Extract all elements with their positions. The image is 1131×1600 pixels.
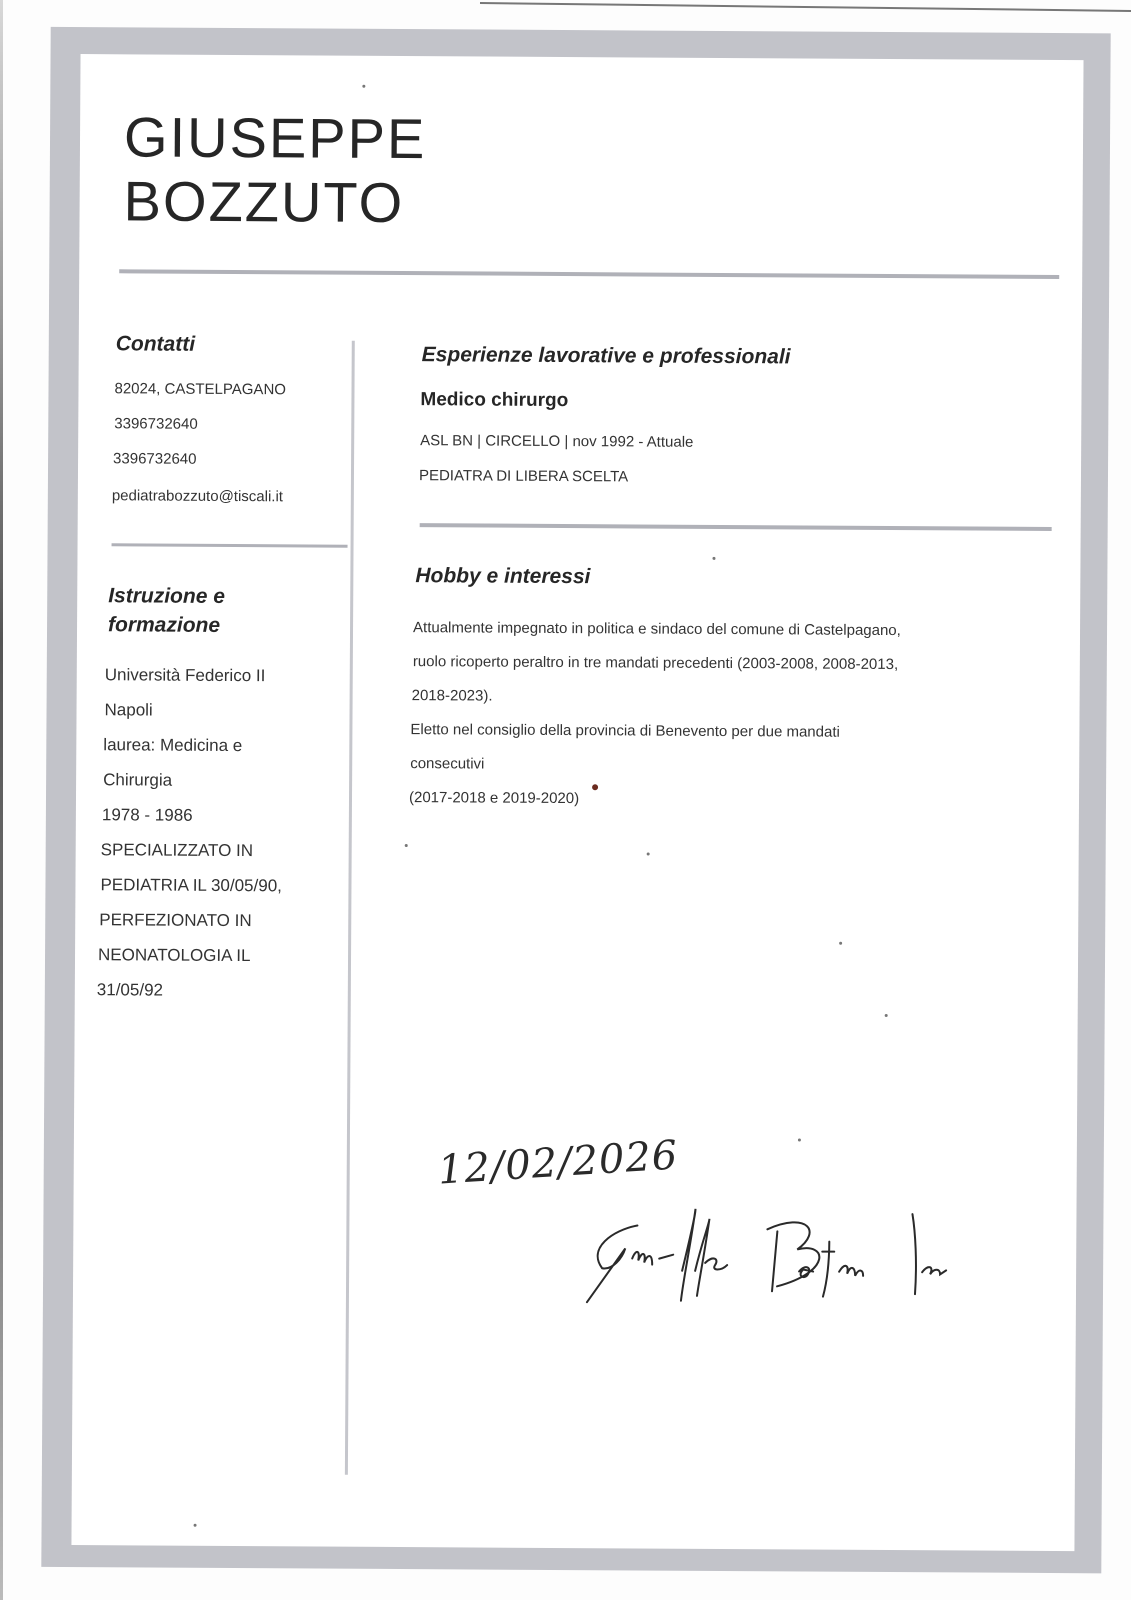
contact-phone: 3396732640 bbox=[114, 406, 286, 442]
education-line: Chirurgia bbox=[103, 763, 283, 799]
scan-speck bbox=[405, 844, 408, 847]
hobbies-text: Attualmente impegnato in politica e sind… bbox=[412, 611, 901, 818]
experience-heading: Esperienze lavorative e professionali bbox=[422, 340, 791, 371]
education-details: Università Federico II Napoli laurea: Me… bbox=[103, 658, 284, 1009]
contact-address: 82024, CASTELPAGANO bbox=[114, 371, 286, 407]
hobby-line: consecutivi bbox=[410, 747, 900, 784]
right-column: Esperienze lavorative e professionali Me… bbox=[5, 0, 1131, 4]
job-description: PEDIATRA DI LIBERA SCELTA bbox=[419, 458, 693, 495]
education-line: PEDIATRIA IL 30/05/90, bbox=[100, 868, 282, 904]
education-line: Napoli bbox=[104, 693, 283, 729]
hobby-line: ruolo ricoperto peraltro in tre mandati … bbox=[413, 645, 901, 682]
education-line: Università Federico II bbox=[105, 658, 284, 694]
education-line: 1978 - 1986 bbox=[102, 798, 283, 834]
job-title: Medico chirurgo bbox=[420, 389, 568, 412]
scan-speck bbox=[798, 1138, 801, 1141]
education-line: NEONATOLOGIA IL bbox=[98, 938, 282, 974]
education-heading-line1: Istruzione e bbox=[108, 581, 225, 611]
last-name: BOZZUTO bbox=[123, 169, 426, 235]
first-name: GIUSEPPE bbox=[124, 105, 427, 171]
education-line: laurea: Medicina e bbox=[103, 728, 283, 764]
scan-speck bbox=[647, 853, 650, 856]
hobby-line: (2017-2018 e 2019-2020) bbox=[409, 781, 900, 818]
signature-block: 12/02/2026 bbox=[427, 1129, 1008, 1313]
scan-speck-red bbox=[592, 784, 598, 790]
education-line: SPECIALIZZATO IN bbox=[101, 833, 283, 869]
education-line: PERFEZIONATO IN bbox=[99, 903, 282, 939]
education-heading: Istruzione e formazione bbox=[108, 581, 225, 640]
cv-page: GIUSEPPE BOZZUTO Contatti 82024, CASTELP… bbox=[0, 0, 1131, 1600]
scan-speck bbox=[712, 557, 715, 560]
education-heading-line2: formazione bbox=[108, 610, 225, 640]
education-line: 31/05/92 bbox=[97, 973, 282, 1009]
candidate-name: GIUSEPPE BOZZUTO bbox=[123, 105, 426, 235]
hobby-line: Attualmente impegnato in politica e sind… bbox=[413, 611, 901, 648]
contacts-heading: Contatti bbox=[116, 329, 196, 358]
contact-phone-2: 3396732640 bbox=[113, 441, 286, 477]
job-details: ASL BN | CIRCELLO | nov 1992 - Attuale P… bbox=[420, 423, 694, 495]
job-meta: ASL BN | CIRCELLO | nov 1992 - Attuale bbox=[420, 423, 693, 460]
hobby-line: Eletto nel consiglio della provincia di … bbox=[410, 713, 900, 750]
contact-email[interactable]: pediatrabozzuto@tiscali.it bbox=[112, 478, 286, 514]
scan-speck bbox=[194, 1524, 197, 1527]
signature-icon bbox=[427, 1129, 1008, 1313]
contacts-list: 82024, CASTELPAGANO 3396732640 339673264… bbox=[114, 371, 286, 514]
hobbies-heading: Hobby e interessi bbox=[415, 561, 590, 591]
left-column: Contatti 82024, CASTELPAGANO 3396732640 … bbox=[5, 0, 1131, 4]
scan-speck bbox=[885, 1014, 888, 1017]
scan-speck bbox=[362, 85, 365, 88]
hobby-line: 2018-2023). bbox=[412, 679, 901, 716]
scan-speck bbox=[839, 942, 842, 945]
